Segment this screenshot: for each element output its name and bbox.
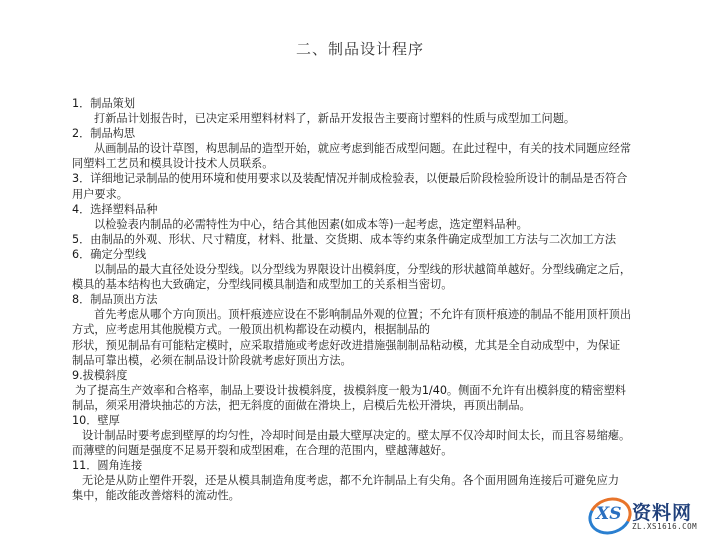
paragraph-line: 设计制品时要考虑到壁厚的均匀性，冷却时间是由最大壁厚决定的。壁太厚不仅冷却时间太… [72, 428, 676, 443]
section-heading: 1．制品策划 [72, 96, 676, 111]
paragraph-line: 方式，应考虑用其他脱模方式。一般顶出机构都设在动模内，根据制品的 [72, 322, 676, 337]
paragraph-line: 首先考虑从哪个方向顶出。顶杆痕迹应设在不影响制品外观的位置；不允许有顶杆痕迹的制… [72, 307, 676, 322]
watermark-logo: XS 资料网 ZL.XS1616.COM [586, 494, 714, 536]
paragraph-line: 同塑料工艺员和模具设计技术人员联系。 [72, 156, 676, 171]
paragraph-line: 形状，预见制品有可能粘定模时，应采取措施或考虑好改进措施强制制品粘动模，尤其是全… [72, 338, 676, 353]
paragraph-line: 为了提高生产效率和合格率，制品上要设计拔模斜度，拔模斜度一般为1/40。侧面不允… [72, 383, 676, 398]
page-title: 二、制品设计程序 [0, 38, 720, 59]
document-body: 1．制品策划打新品计划报告时，已决定采用塑料材料了，新品开发报告主要商讨塑料的性… [72, 96, 676, 504]
logo-name: 资料网 [632, 498, 692, 525]
section-heading: 9.拔模斜度 [72, 368, 676, 383]
paragraph-line: 无论是从防止塑件开裂，还是从模具制造角度考虑，都不允许制品上有尖角。各个面用圆角… [72, 473, 676, 488]
paragraph-line: 从画制品的设计草图，构思制品的造型开始，就应考虑到能否成型问题。在此过程中，有关… [72, 141, 676, 156]
paragraph-line: 制品，须采用滑块抽芯的方法，把无斜度的面做在滑块上，启模后先松开滑块，再顶出制品… [72, 398, 676, 413]
logo-url: ZL.XS1616.COM [632, 522, 697, 531]
paragraph-line: 以检验表内制品的必需特性为中心，结合其他因素(如成本等)一起考虑，选定塑料品种。 [72, 217, 676, 232]
section-heading: 2．制品构思 [72, 126, 676, 141]
section-heading: 8．制品顶出方法 [72, 292, 676, 307]
paragraph-line: 打新品计划报告时，已决定采用塑料材料了，新品开发报告主要商讨塑料的性质与成型加工… [72, 111, 676, 126]
paragraph-line: 制品可靠出模，必须在制品设计阶段就考虑好顶出方法。 [72, 353, 676, 368]
logo-emblem: XS [596, 504, 621, 524]
paragraph-line: 用户要求。 [72, 187, 676, 202]
paragraph-line: 以制品的最大直径处设分型线。以分型线为界限设计出模斜度，分型线的形状越简单越好。… [72, 262, 676, 277]
section-heading: 3．详细地记录制品的使用环境和使用要求以及装配情况并制成检验表，以便最后阶段检验… [72, 171, 676, 186]
section-heading: 10．壁厚 [72, 413, 676, 428]
paragraph-line: 而薄壁的问题是强度不足易开裂和成型困难，在合理的范围内，壁越薄越好。 [72, 443, 676, 458]
paragraph-line: 模具的基本结构也大致确定，分型线同模具制造和成型加工的关系相当密切。 [72, 277, 676, 292]
section-heading: 4．选择塑料品种 [72, 202, 676, 217]
section-heading: 11．圆角连接 [72, 458, 676, 473]
section-heading: 5．由制品的外观、形状、尺寸精度，材料、批量、交货期、成本等约束条件确定成型加工… [72, 232, 676, 247]
section-heading: 6．确定分型线 [72, 247, 676, 262]
